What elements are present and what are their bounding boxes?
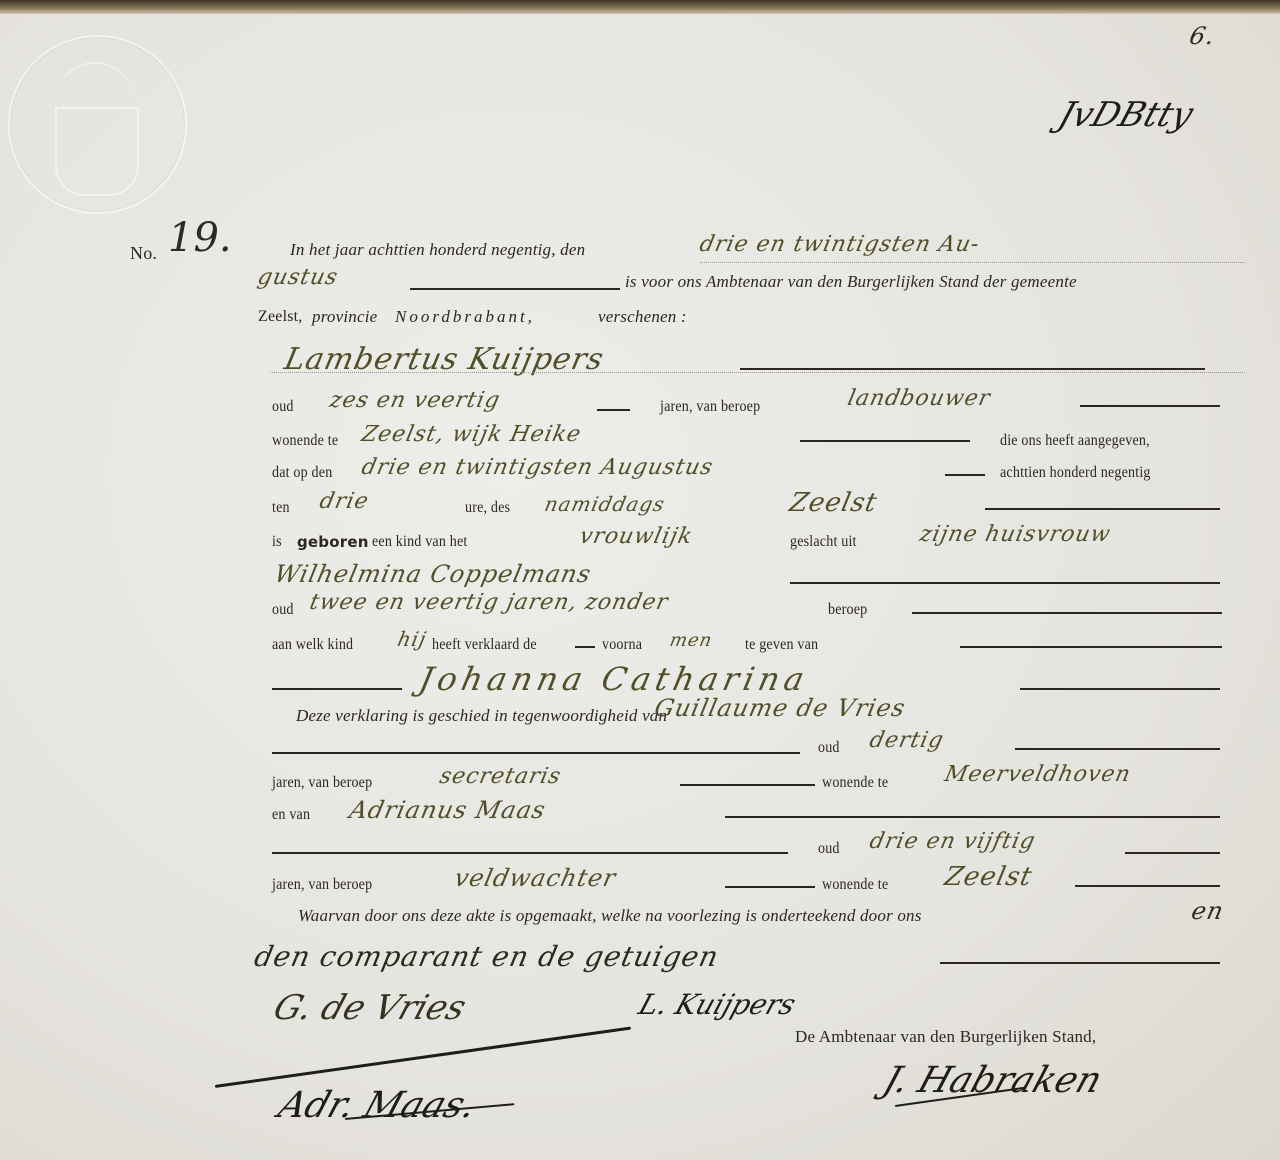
child-label: aan welk kind [272, 636, 353, 654]
declarant-occupation: landbouwer [845, 386, 993, 411]
witness1-occupation-label: jaren, van beroep [272, 774, 372, 792]
firstnames-plural: men [668, 630, 715, 651]
witness2-intro: en van [272, 806, 310, 824]
rule [272, 852, 788, 854]
signatories-text: den comparant en de getuigen [251, 940, 722, 973]
witness2-occupation-label: jaren, van beroep [272, 876, 372, 894]
rule [1080, 405, 1220, 407]
rule [680, 784, 815, 786]
witness-intro: Deze verklaring is geschied in tegenwoor… [296, 706, 667, 726]
witness1-residence-label: wonende te [822, 774, 888, 792]
day-handwritten: drie en twintigsten Au- [697, 232, 982, 257]
birth-date: drie en twintigsten Augustus [359, 455, 715, 480]
child-name: Johanna Catharina [416, 660, 813, 698]
rule [940, 962, 1220, 964]
rule [912, 612, 1222, 614]
witness1-age-label: oud [818, 739, 840, 757]
witness1-age: dertig [867, 728, 946, 753]
seal-crown [55, 62, 135, 104]
child-sex: vrouwlijk [577, 524, 695, 549]
embossed-seal-icon [8, 35, 187, 214]
witness2-name: Adrianus Maas [347, 796, 548, 824]
witness2-residence-label: wonende te [822, 876, 888, 894]
rule [410, 288, 620, 290]
rule [272, 752, 800, 754]
signature-witness2: Adr. Maas. [273, 1085, 481, 1126]
witness2-age: drie en vijftig [867, 829, 1038, 854]
witness1-residence: Meerveldhoven [942, 762, 1133, 787]
seal-shield [55, 107, 139, 196]
declarant-pronoun: hij [395, 627, 429, 651]
rule [1125, 852, 1220, 854]
firstnames-label: voorna [602, 636, 642, 654]
mother-age: twee en veertig jaren, zonder [307, 590, 670, 615]
rule [1075, 885, 1220, 887]
rule [1015, 748, 1220, 750]
rule [1020, 688, 1220, 690]
declared-text: die ons heeft aangegeven, [1000, 432, 1150, 450]
born-text-a: is [272, 533, 282, 551]
occupation-label: jaren, van beroep [660, 398, 760, 416]
closing-text: Waarvan door ons deze akte is opgemaakt,… [298, 906, 922, 926]
intro-text: In het jaar achttien honderd negentig, d… [290, 240, 585, 260]
official-title: De Ambtenaar van den Burgerlijken Stand, [795, 1027, 1096, 1047]
mother-name: Wilhelmina Coppelmans [272, 560, 594, 588]
hour-label: ten [272, 499, 290, 517]
document-page [0, 14, 1280, 1160]
official-text: is voor ons Ambtenaar van den Burgerlijk… [625, 272, 1077, 292]
province-name: Noordbrabant, [395, 307, 535, 327]
year-text: achttien honderd negentig [1000, 464, 1151, 482]
rule [800, 440, 970, 442]
give-label: te geven van [745, 636, 818, 654]
book-edge [0, 0, 1280, 14]
record-number: 19. [168, 215, 232, 261]
province-label: provincie [312, 307, 377, 327]
date-label: dat op den [272, 464, 332, 482]
record-number-label: No. [130, 243, 157, 264]
rule [740, 368, 1205, 370]
sex-text: geslacht uit [790, 533, 857, 551]
rule [945, 474, 985, 476]
born-text-b: een kind van het [372, 533, 467, 551]
month-handwritten: gustus [255, 265, 340, 290]
rule [597, 409, 630, 411]
mother-age-label: oud [272, 601, 294, 619]
birth-place: Zeelst [787, 488, 880, 518]
witness2-occupation: veldwachter [452, 864, 619, 892]
rule [575, 646, 595, 648]
rule [985, 508, 1220, 510]
mother-occupation-label: beroep [828, 601, 867, 619]
top-initials: JvDBtty [1054, 95, 1199, 135]
rule [725, 816, 1220, 818]
witness1-name: Guillaume de Vries [652, 694, 908, 722]
born-label: geboren [297, 533, 369, 551]
declarant-age: zes en veertig [327, 388, 502, 413]
mother-relation: zijne huisvrouw [917, 522, 1113, 547]
municipality: Zeelst, [258, 308, 303, 326]
rule [960, 646, 1222, 648]
witness2-age-label: oud [818, 840, 840, 858]
witness2-residence: Zeelst [942, 862, 1035, 892]
time-of-day: namiddags [542, 492, 667, 516]
signature-official: J. Habraken [878, 1060, 1107, 1101]
fill-line [700, 262, 1245, 263]
birth-hour: drie [317, 489, 371, 514]
signature-witness1: G. de Vries [269, 988, 472, 1028]
rule [725, 886, 815, 888]
witness1-occupation: secretaris [437, 764, 563, 789]
rule [790, 582, 1220, 584]
rule [272, 688, 402, 690]
closing-hand: en [1189, 897, 1227, 925]
signature-declarant: L. Kuijpers [635, 988, 800, 1021]
residence-label: wonende te [272, 432, 338, 450]
hour-text: ure, des [465, 499, 510, 517]
declarant-residence: Zeelst, wijk Heike [359, 422, 583, 447]
declared-label: heeft verklaard de [432, 636, 537, 654]
fill-line [270, 372, 1245, 373]
age-label: oud [272, 398, 294, 416]
appeared-text: verschenen : [598, 307, 687, 327]
